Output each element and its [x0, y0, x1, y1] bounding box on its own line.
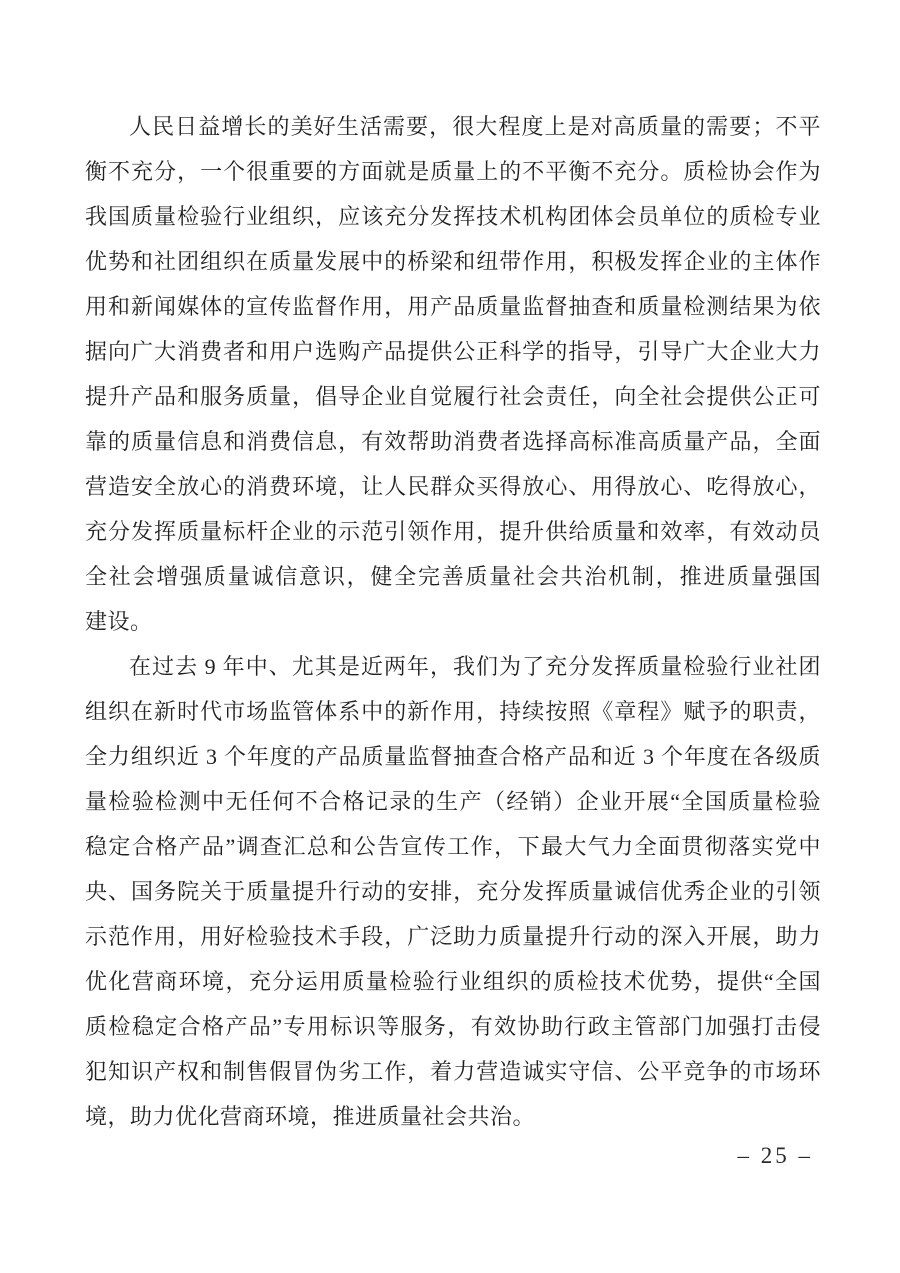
text-line: 量检验检测中无任何不合格记录的生产（经销）企业开展“全国质量检验: [85, 779, 821, 824]
text-line: 我国质量检验行业组织，应该充分发挥技术机构团体会员单位的质检专业: [85, 194, 821, 239]
page-footer: – 25 –: [738, 1143, 814, 1169]
text-line: 犯知识产权和制售假冒伪劣工作，着力营造诚实守信、公平竞争的市场环: [85, 1049, 821, 1094]
text-line: 全力组织近 3 个年度的产品质量监督抽查合格产品和近 3 个年度在各级质: [85, 734, 821, 779]
text-line: 境，助力优化营商环境，推进质量社会共治。: [85, 1094, 821, 1139]
page-number: – 25 –: [738, 1143, 814, 1168]
document-body: 人民日益增长的美好生活需要，很大程度上是对高质量的需要；不平 衡不充分，一个很重…: [85, 104, 821, 1139]
text-line: 衡不充分，一个很重要的方面就是质量上的不平衡不充分。质检协会作为: [85, 149, 821, 194]
text-line: 在过去 9 年中、尤其是近两年，我们为了充分发挥质量检验行业社团: [85, 644, 821, 689]
text-line: 提升产品和服务质量，倡导企业自觉履行社会责任，向全社会提供公正可: [85, 374, 821, 419]
text-line: 央、国务院关于质量提升行动的安排，充分发挥质量诚信优秀企业的引领: [85, 869, 821, 914]
text-line: 靠的质量信息和消费信息，有效帮助消费者选择高标准高质量产品，全面: [85, 419, 821, 464]
text-line: 营造安全放心的消费环境，让人民群众买得放心、用得放心、吃得放心，: [85, 464, 821, 509]
text-line: 充分发挥质量标杆企业的示范引领作用，提升供给质量和效率，有效动员: [85, 509, 821, 554]
text-line: 全社会增强质量诚信意识，健全完善质量社会共治机制，推进质量强国: [85, 554, 821, 599]
text-line: 优势和社团组织在质量发展中的桥梁和纽带作用，积极发挥企业的主体作: [85, 239, 821, 284]
text-line: 稳定合格产品”调查汇总和公告宣传工作，下最大气力全面贯彻落实党中: [85, 824, 821, 869]
text-line: 优化营商环境，充分运用质量检验行业组织的质检技术优势，提供“全国: [85, 959, 821, 1004]
text-line: 建设。: [85, 599, 821, 644]
text-line: 用和新闻媒体的宣传监督作用，用产品质量监督抽查和质量检测结果为依: [85, 284, 821, 329]
text-line: 组织在新时代市场监管体系中的新作用，持续按照《章程》赋予的职责，: [85, 689, 821, 734]
text-line: 人民日益增长的美好生活需要，很大程度上是对高质量的需要；不平: [85, 104, 821, 149]
document-page: 人民日益增长的美好生活需要，很大程度上是对高质量的需要；不平 衡不充分，一个很重…: [0, 0, 900, 1273]
text-line: 示范作用，用好检验技术手段，广泛助力质量提升行动的深入开展，助力: [85, 914, 821, 959]
text-line: 质检稳定合格产品”专用标识等服务，有效协助行政主管部门加强打击侵: [85, 1004, 821, 1049]
text-line: 据向广大消费者和用户选购产品提供公正科学的指导，引导广大企业大力: [85, 329, 821, 374]
